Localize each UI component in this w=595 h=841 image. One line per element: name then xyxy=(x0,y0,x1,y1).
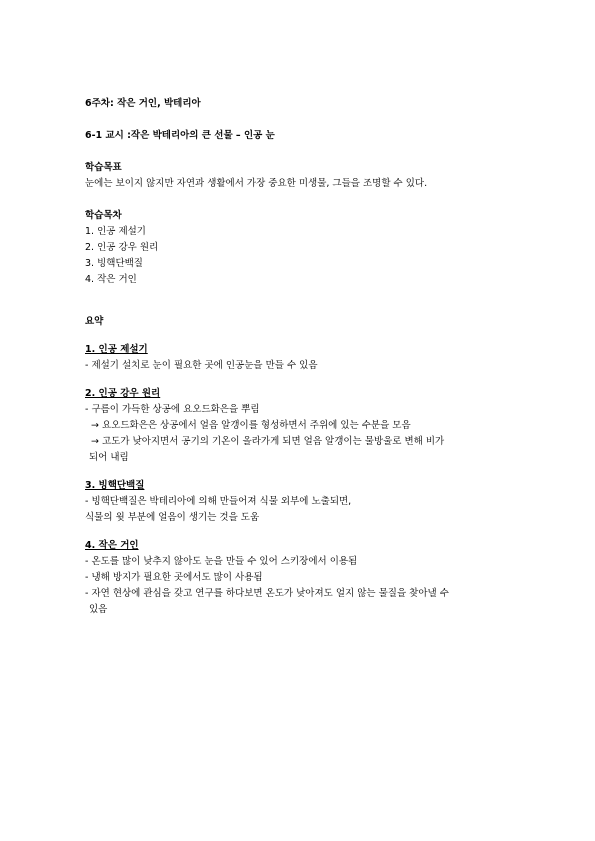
objective-heading: 학습목표 xyxy=(85,160,515,176)
summary-line: - 빙핵단백질은 박테리아에 의해 만들어져 식물 외부에 노출되면, xyxy=(85,494,515,510)
summary-section-title: 1. 인공 제설기 xyxy=(85,342,515,358)
contents-item-1: 1. 인공 제설기 xyxy=(85,224,515,240)
summary-line: - 자연 현상에 관심을 갖고 연구를 하다보면 온도가 낮아져도 얼지 않는 … xyxy=(85,586,515,602)
summary-section-title: 2. 인공 강우 원리 xyxy=(85,386,515,402)
summary-section-title: 3. 빙핵단백질 xyxy=(85,478,515,494)
summary-heading: 요약 xyxy=(85,314,515,330)
contents-item-4: 4. 작은 거인 xyxy=(85,272,515,288)
contents-item-2: 2. 인공 강우 원리 xyxy=(85,240,515,256)
summary-line: - 제설기 설치로 눈이 필요한 곳에 인공눈을 만들 수 있음 xyxy=(85,358,515,374)
summary-line: - 구름이 가득한 상공에 요오드화은을 뿌림 xyxy=(85,402,515,418)
summary-section-title: 4. 작은 거인 xyxy=(85,538,515,554)
contents-heading: 학습목차 xyxy=(85,208,515,224)
summary-line: - 냉해 방지가 필요한 곳에서도 많이 사용됨 xyxy=(85,570,515,586)
contents-item-3: 3. 빙핵단백질 xyxy=(85,256,515,272)
objective-text: 눈에는 보이지 않지만 자연과 생활에서 가장 중요한 미생물, 그들을 조명할… xyxy=(85,176,515,192)
document-page: 6주차: 작은 거인, 박테리아 6-1 교시 :작은 박테리아의 큰 선물 –… xyxy=(85,96,515,618)
lesson-title: 6-1 교시 :작은 박테리아의 큰 선물 – 인공 눈 xyxy=(85,128,515,144)
summary-line: → 요오드화은은 상공에서 얼음 알갱이를 형성하면서 주위에 있는 수분을 모… xyxy=(85,418,515,434)
summary-line: - 온도를 많이 낮추지 않아도 눈을 만들 수 있어 스키장에서 이용됨 xyxy=(85,554,515,570)
summary-line: 되어 내림 xyxy=(85,450,515,466)
summary-line: 식물의 윗 부분에 얼음이 생기는 것을 도움 xyxy=(85,510,515,526)
week-title: 6주차: 작은 거인, 박테리아 xyxy=(85,96,515,112)
summary-line: 있음 xyxy=(85,602,515,618)
summary-line: → 고도가 낮아지면서 공기의 기온이 올라가게 되면 얼음 알갱이는 물방울로… xyxy=(85,434,515,450)
